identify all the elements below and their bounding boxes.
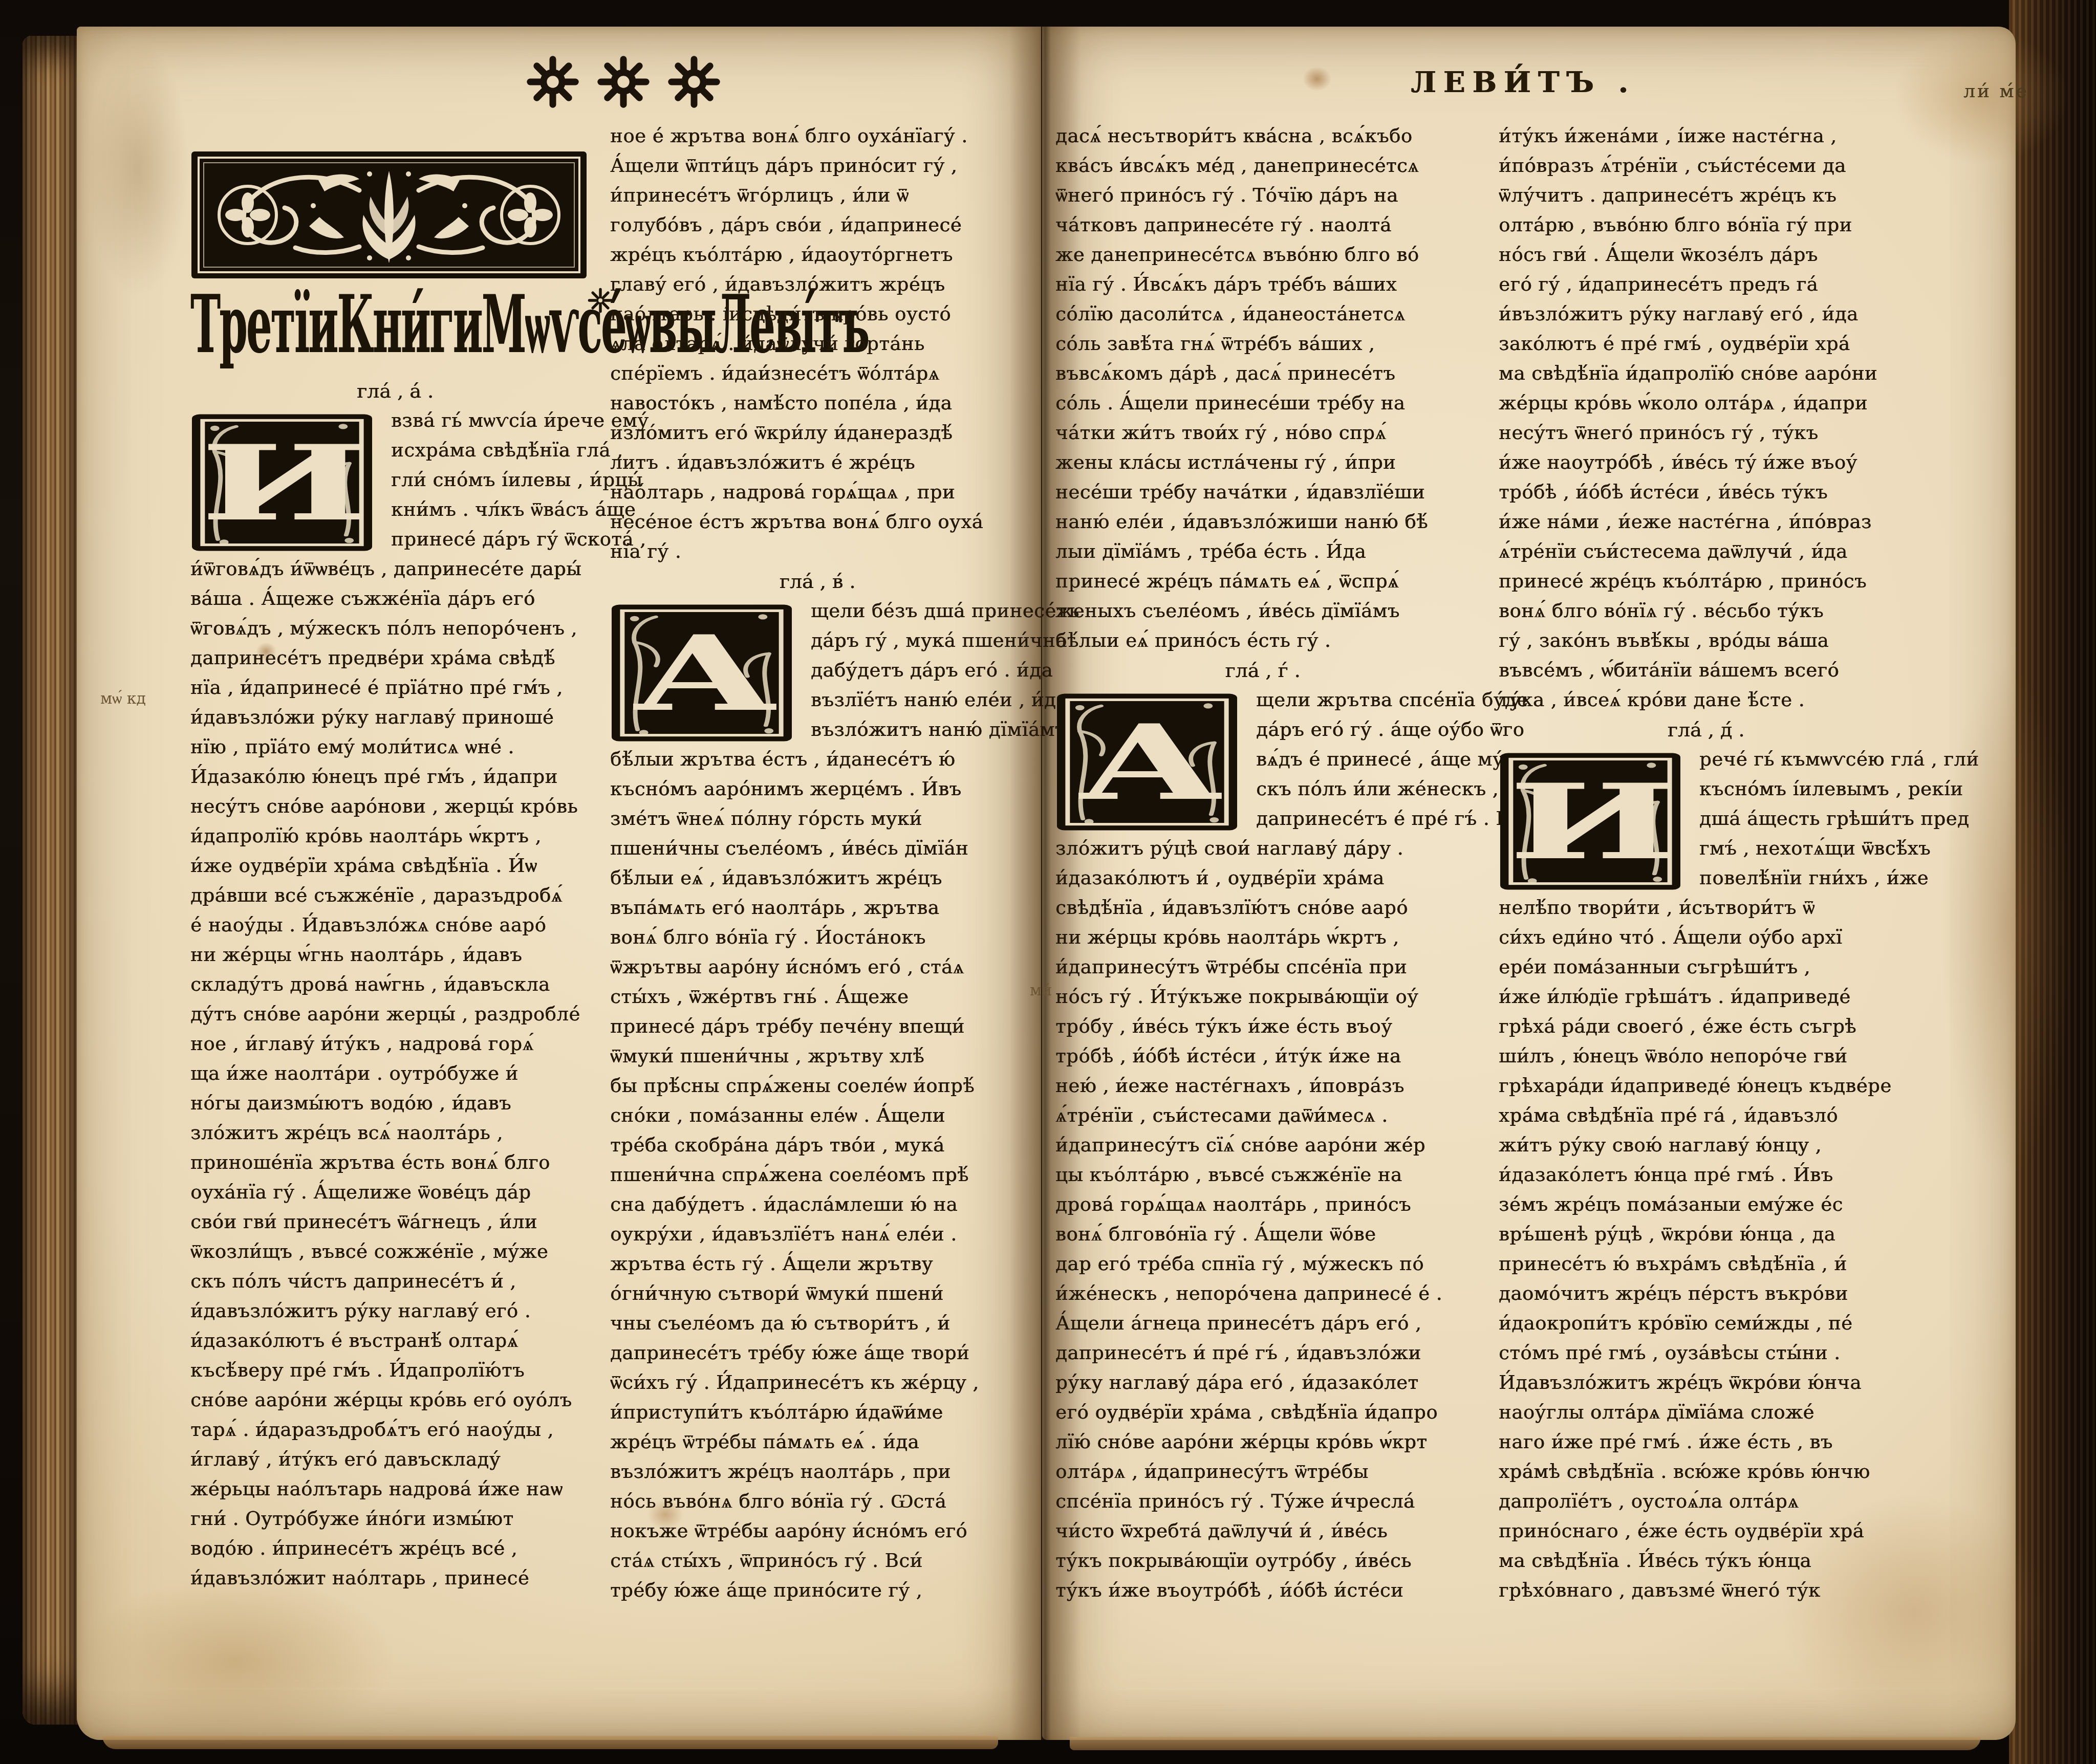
text-line: нокъже ѿтре́бы ааро́ну и́сно́мъ его́: [610, 1520, 967, 1542]
text-line: ѿнего́ прино́съ гу́ . То́чїю да́ръ на: [1055, 184, 1398, 207]
text-line: зако́лютъ е́ пре́ гмъ́ , оудве́рїи хра́: [1499, 333, 1850, 355]
text-line: и́дазако́лютъ и́ , оудве́рїи хра́ма: [1055, 867, 1385, 889]
text-line: прино́снаго , е́же е́сть оудве́рїи хра́: [1499, 1520, 1864, 1542]
text-line: сты́хъ , ѿже́ртвъ гнь́ . А́щеже: [610, 986, 909, 1008]
text-line: и́же́нескъ , непоро́чена дапринесе́ е́ .: [1055, 1282, 1442, 1304]
text-line: ста́ѧ сты́хъ , ѿприно́съ гу́ . Вси́: [610, 1550, 923, 1572]
text-line: но́гы даизмы́ютъ водо́ю , и́давъ: [190, 1092, 511, 1114]
text-line: жре́цъ ѿтре́бы па́мѧть еѧ́ . и́да: [610, 1431, 919, 1453]
text-line: въпа́мѧть его́ наолта́рь , жрътва: [610, 897, 939, 919]
text-line: ру́ку наглаву́ да́ра его́ , и́дазако́лет: [1055, 1371, 1418, 1393]
text-line: олта́рю , въво́ню блго во́нїа гу́ при: [1499, 214, 1852, 236]
text-line: нелѣ́по твори́ти , и́сътвори́тъ ѿ: [1499, 897, 1815, 919]
text-line: и́даокропи́тъ кро́вїю семи́жды , пе́: [1499, 1312, 1852, 1334]
text-line: зме́тъ ѿнеѧ́ по́лну го́рсть муки́: [610, 808, 922, 830]
text-line: тро́бѣ , и́о́бѣ и́сте́си , и́ту́к и́же н…: [1055, 1045, 1401, 1067]
text-line: скъ по́лъ чи́стъ дапринесе́тъ и́ ,: [190, 1270, 516, 1292]
text-line: бѣ́лыи жрътва е́стъ , и́данесе́тъ ю́: [610, 748, 955, 770]
text-line: зло́житъ ру́цѣ свои́ наглаву́ да́ру .: [1055, 837, 1403, 859]
text-line: нїа гу́ . И́всѧ́къ да́ръ тре́бъ ва́ших: [1055, 273, 1397, 296]
text-line: тре́ба скобра́на да́ръ тво́и , мука́: [610, 1134, 944, 1156]
text-line: гу́ , зако́нъ въвѣ́кы , вро́ды ва́ша: [1499, 629, 1829, 651]
text-line: сто́мъ пре́ гмъ́ , оуза́вѣсы сты́ни .: [1499, 1342, 1840, 1364]
text-line: сво́и гви́ принесе́тъ ѿа́гнецъ , и́ли: [190, 1211, 537, 1233]
text-line: лїю́ сно́ве ааро́ни же́рцы кро́вь ѡ́крт: [1055, 1431, 1427, 1453]
text-line: ере́и пома́занныи съгрѣши́тъ ,: [1499, 956, 1810, 978]
text-line: дапринесе́тъ е́ пре́ гъ́ . И́въ: [1055, 808, 1536, 830]
text-line: жрътва е́сть гу́ . А́щели жрътву: [610, 1253, 933, 1275]
text-line: даомо́читъ жре́цъ пе́рстъ въкро́ви: [1499, 1282, 1848, 1304]
text-line: жи́тъ ру́ку свою́ наглаву́ ю́нцу ,: [1499, 1134, 1822, 1156]
text-line: навосто́къ , намѣ́сто попе́ла , и́да: [610, 392, 952, 414]
margin-note-left: мѡ́ кд: [100, 690, 146, 708]
page-bottom-edge: [102, 1736, 998, 1749]
text-line: спсе́нїа прино́съ гу́ . Ту́же и́чресла́: [1055, 1490, 1415, 1512]
text-line: литъ . и́давъзло́житъ е́ жре́цъ: [610, 451, 915, 473]
text-line: лыи дїмїа́мъ , тре́ба е́сть . И́да: [1055, 540, 1366, 562]
text-line: принесе́ да́ръ тре́бу пече́ну впещи́: [610, 1015, 965, 1037]
text-line: ѿжрътвы ааро́ну и́сно́мъ его́ , ста́ѧ: [610, 956, 964, 978]
text-line: вонѧ́ блго во́нїѧ гу́ . ве́сьбо ту́къ: [1499, 600, 1824, 622]
text-line: же́рьцы нао́лътарь надрова́ и́же наѡ: [190, 1478, 563, 1500]
chapter-heading: гла́ , в́ .: [610, 570, 1025, 593]
text-line: голубо́въ , да́ръ сво́и , и́дапринесе́: [610, 214, 962, 236]
text-line: олта́рѧ , и́дапринесу́тъ ѿтре́бы: [1055, 1461, 1369, 1483]
text-line: зло́житъ жре́цъ всѧ́ наолта́рь ,: [190, 1122, 503, 1144]
fleuron-row: [526, 55, 721, 108]
text-line: да́ръ гу́ , мука́ пшени́чна: [610, 629, 1067, 651]
text-line: но́сь въво́нѧ блго во́нїа гу́ . Ѡста́: [610, 1490, 946, 1513]
text-line: късно́мъ ааро́нимъ жерце́мъ . И́въ: [610, 778, 961, 800]
text-line: щели жрътва спсе́нїа бу́де: [1055, 689, 1528, 711]
text-line: ду́тъ сно́ве ааро́ни жерцы́ , раздробле́: [190, 1003, 580, 1025]
text-line: свѣдѣ́нїа , и́давъзлїю́тъ сно́ве ааро́: [1055, 897, 1408, 919]
text-line: принесе́ жре́цъ къо́лта́рю , прино́съ: [1499, 570, 1867, 592]
text-line: бѣ́лыи еѧ́ , и́давъзло́житъ жре́цъ: [610, 867, 942, 889]
page-edges-stack: [23, 36, 80, 1725]
text-line: вонѧ́ блгово́нїа гу́ . А́щели ѿо́ве: [1055, 1223, 1376, 1246]
text-line: бы прѣ́сны спрѧ́жены соеле́ѡ и́опрѣ́: [610, 1075, 975, 1097]
text-line: възло́житъ жре́цъ наолта́рь , при: [610, 1461, 951, 1483]
text-line: наго и́же пре́ гмъ́ . и́же е́сть , въ: [1499, 1431, 1833, 1453]
text-line: да́ръ его́ гу́ . а́ще оу́бо ѿго: [1055, 718, 1524, 741]
page-bottom-edge: [1070, 1737, 1981, 1750]
text-line: гни́ . Оутро́буже и́но́ги измы́ют: [190, 1508, 513, 1530]
text-line: и́же на́ми , и́еже насте́гна , и́по́враз: [1499, 511, 1872, 533]
text-line: и́же оудве́рїи хра́ма свѣдѣ́нїа . И́ѡ: [190, 855, 537, 877]
text-line: и́давъзло́житъ ру́ку наглаву́ его́ .: [190, 1300, 531, 1322]
text-line: со́ль завѣ́та гнѧ́ ѿтре́бъ ва́ших ,: [1055, 333, 1375, 355]
text-line: же́рцы кро́вь ѡ́коло олта́рѧ , и́дапри: [1499, 392, 1868, 415]
text-line: кни́мъ . чл́къ ѿва́съ а́ще: [190, 498, 636, 521]
text-line: вѧ́дъ е́ принесе́ , а́ще му́же: [1055, 748, 1533, 771]
chapter-heading: гла́ , ѓ .: [1055, 659, 1470, 682]
text-line: его́ оудве́рїи хра́ма , свѣдѣ́нїа и́дапр…: [1055, 1401, 1438, 1423]
text-line: нїа , и́дапринесе́ е́ прїа́тно пре́ гм́ъ…: [190, 677, 563, 699]
text-line: ѿкозли́щъ , въвсе́ сожже́нїе , му́же: [190, 1240, 548, 1263]
text-line: повелѣ́нїи гни́хъ , и́же: [1499, 867, 1929, 889]
text-line: цы къо́лта́рю , въвсе́ съжже́нїе на: [1055, 1164, 1402, 1186]
text-line: хра́ма свѣдѣ́нїа пре́ га́ , и́давъзло́: [1499, 1104, 1838, 1126]
text-line: вонѧ́ блго во́нїа гу́ . И́оста́нокъ: [610, 926, 926, 949]
text-line: гли́ сно́мъ і́илевы , и́рцы́: [190, 469, 643, 491]
text-line: ши́лъ , ю́нецъ ѿво́ло непоро́че гви́: [1499, 1045, 1847, 1068]
text-line: наню́ еле́и , и́давъзло́жиши наню́ бѣ́: [1055, 511, 1428, 533]
headpiece-ornament: [190, 149, 588, 280]
text-line: сна дабу́детъ . и́дасла́млеши ю́ на: [610, 1193, 958, 1215]
text-line: дапролїе́тъ , оустоѧ́ла олта́рѧ: [1499, 1490, 1799, 1513]
text-line: нао́лтарь . і́исцѣди́тъ кро́вь оусто́: [610, 303, 951, 325]
fleuron-icon: [597, 55, 650, 108]
text-line: чны съеле́омъ да ю́ сътвори́тъ , и́: [610, 1312, 950, 1334]
quire-signature: ли́ м́е: [1963, 81, 2029, 102]
text-line: складу́тъ дрова́ наѡ́гнь , и́давъскла: [190, 973, 550, 996]
text-line: принесе́ да́ръ гу́ ѿскота́ ,: [190, 528, 646, 551]
text-column-3: дасѧ́ несътвори́тъ ква́сна , всѧ́къбоква…: [1055, 125, 1470, 1669]
text-line: ни же́рцы ѡ́гнь наолта́рь , и́давъ: [190, 944, 522, 966]
text-line: дар его́ тре́ба спнїа гу́ , му́жескъ по́: [1055, 1253, 1424, 1275]
text-line: щели бе́зъ дша́ принесе́тъ: [610, 600, 1079, 622]
text-line: грѣха́ ра́ди своего́ , е́же е́сть съгрѣ: [1499, 1015, 1856, 1037]
text-line: жре́цъ къо́лта́рю , и́даоуто́ргнетъ: [610, 244, 953, 266]
text-line: И́дазако́лю ю́нецъ пре́ гм́ъ , и́дапри: [190, 766, 558, 788]
text-line: А́щели ѿпти́цъ да́ръ прино́сит гу́ ,: [610, 155, 957, 177]
text-line: и́ту́къ и́жена́ми , і́иже насте́гна ,: [1499, 125, 1837, 147]
text-line: възлїе́тъ наню́ еле́и , и́да: [610, 689, 1068, 711]
text-line: нао́лтарь , надрова́ горѧ́щаѧ , при: [610, 481, 955, 504]
text-line: и́дапролїю́ кро́вь наолта́рь ѡ́кртъ ,: [190, 825, 542, 847]
text-line: тро́бѣ , и́о́бѣ и́сте́си , и́ве́сь ту́къ: [1499, 481, 1828, 503]
text-line: женыхъ съеле́омъ , и́ве́сь дїмїа́мъ: [1055, 600, 1400, 622]
text-line: дасѧ́ несътвори́тъ ква́сна , всѧ́къбо: [1055, 125, 1413, 147]
chapter-heading: гла́ , д́ .: [1499, 718, 1913, 741]
text-line: пшени́чна спрѧ́жена соеле́омъ прѣ́: [610, 1164, 969, 1186]
text-line: и́давъзло́жи ру́ку наглаву́ приноше́: [190, 706, 554, 728]
book-photograph: { "page_meta": { "running_title": "ЛЕВИ́…: [0, 0, 2096, 1764]
text-line: И́давъзло́житъ жре́цъ ѿкро́ви ю́нча: [1499, 1371, 1862, 1394]
text-line: и́ѿговѧ́дъ и́ѿѡве́цъ , дапринесе́те дары…: [190, 558, 581, 580]
text-line: и́дапринесу́тъ сїѧ́ сно́ве ааро́ни же́р: [1055, 1134, 1425, 1157]
book-title-vyaz: ТретїиКни́гиМѡѵсе́ѡвыЛеві́тъ: [190, 285, 610, 356]
text-line: и́же наоутро́бѣ , и́ве́сь ту́ и́же въоу́: [1499, 451, 1857, 473]
text-line: А́щели а́гнеца принесе́тъ да́ръ его́ ,: [1055, 1312, 1421, 1334]
text-line: спе́рїемъ . и́даи́знесе́тъ ѿо́лта́рѧ: [610, 362, 940, 385]
text-line: дра́вши все́ съжже́нїе , даразъдробѧ́: [190, 884, 563, 907]
text-line: нїю , прїа́то ему́ моли́тисѧ ѡне́ .: [190, 736, 514, 758]
text-line: и́възло́житъ ру́ку наглаву́ его́ , и́да: [1499, 303, 1858, 325]
text-column-4: и́ту́къ и́жена́ми , і́иже насте́гна ,и́п…: [1499, 125, 1913, 1669]
text-line: ту́къ и́же въоутро́бѣ , и́о́бѣ и́сте́си: [1055, 1579, 1403, 1601]
text-line: ѿмуки́ пшени́чны , жрътву хлѣ́: [610, 1045, 924, 1068]
text-line: ту́къ покрыва́ющїи оутро́бу , и́ве́сь: [1055, 1550, 1412, 1572]
text-line: ѿговѧ́дъ , му́жескъ по́лъ непоро́ченъ ,: [190, 617, 577, 640]
text-line: и́же и́лю́дїе грѣша́тъ . и́даприведе́: [1499, 986, 1851, 1008]
text-line: ча́тки жи́тъ твои́х гу́ , но́во спрѧ́: [1055, 422, 1387, 444]
text-line: е́ наоу́ды . И́давъзло́жѧ сно́ве ааро́: [190, 914, 546, 937]
text-line: грѣхо́внаго , давъзме́ ѿнего́ ту́к: [1499, 1579, 1821, 1602]
text-line: дабу́детъ да́ръ его́ . и́да: [610, 659, 1053, 681]
book-cover-edge: [2009, 0, 2096, 1764]
text-line: ма свѣдѣ́нїа и́дапролїю́ сно́ве ааро́ни: [1499, 362, 1877, 384]
text-line: главу́ его́ , и́давъзло́житъ жре́цъ: [610, 273, 945, 295]
text-line: хра́мѣ свѣдѣ́нїа . всю́же кро́вь ю́нчю: [1499, 1461, 1870, 1483]
text-line: и́дапринесу́тъ ѿтре́бы спсе́нїа при: [1055, 956, 1407, 978]
running-title: ЛЕВИ́ТЪ .: [1411, 66, 1635, 99]
fleuron-icon: [667, 55, 721, 108]
text-line: со́лїю дасоли́тсѧ , и́данеоста́нетсѧ: [1055, 303, 1406, 325]
text-line: и́давъзло́жит нао́лтарь , принесе́: [190, 1567, 529, 1589]
text-line: принесе́тъ ю́ въхра́мъ свѣдѣ́нїа , и́: [1499, 1253, 1847, 1275]
text-line: дрова́ горѧ́щаѧ наолта́рь , прино́съ: [1055, 1193, 1411, 1216]
text-line: и́приступи́тъ къо́лта́рю и́даѿи́ме: [610, 1401, 943, 1424]
text-line: ѿси́хъ гу́ . И́дапринесе́тъ къ же́рцу ,: [610, 1371, 979, 1394]
text-line: рече́ гь́ къмѡѵсе́ю гла́ , гли́: [1499, 748, 1979, 771]
text-line: дапринесе́тъ и́ пре́ гъ́ , и́давъзло́жи: [1055, 1342, 1421, 1364]
text-line: приноше́нїа жрътва е́сть вонѧ́ блго: [190, 1151, 550, 1174]
text-line: тарѧ́ . и́даразъдробѧ́тъ его́ наоу́ды ,: [190, 1419, 554, 1441]
text-line: грѣхара́ди и́даприведе́ ю́нецъ къдве́ре: [1499, 1075, 1892, 1097]
text-line: ѧ́тре́нїи съи́стесема даѿлучи́ , и́да: [1499, 540, 1847, 563]
text-line: принесе́ жре́цъ па́мѧть еѧ́ , ѿспрѧ́: [1055, 570, 1399, 593]
text-line: ное , и́главу́ и́ту́къ , надрова́ горѧ́: [190, 1033, 534, 1055]
text-line: же данепринесе́тсѧ въво́ню блго во́: [1055, 244, 1419, 266]
margin-note-right: ми́: [1030, 982, 1052, 999]
text-line: нею́ , и́еже насте́гнахъ , и́повра́зъ: [1055, 1075, 1404, 1097]
text-line: исхра́ма свѣдѣ́нїа гла́ ,: [190, 439, 623, 461]
text-line: ма свѣдѣ́нїа . И́ве́сь ту́къ ю́нца: [1499, 1550, 1811, 1572]
text-line: ква́съ и́всѧ́къ ме́д , данепринесе́тсѧ: [1055, 155, 1419, 177]
text-line: нїа гу́ .: [610, 540, 681, 562]
text-line: со́ль . А́щели принесе́ши тре́бу на: [1055, 392, 1405, 414]
text-line: ное е́ жрътва вонѧ́ блго оуха́нїагу́ .: [610, 125, 967, 147]
text-line: изло́митъ его́ ѿкри́лу и́данераздѣ́: [610, 422, 953, 444]
text-line: бѣ́лыи еѧ́ прино́съ е́сть гу́ .: [1055, 629, 1331, 652]
text-line: несу́тъ ѿнего́ прино́съ гу́ , ту́къ: [1499, 422, 1819, 444]
text-line: тро́бу , и́ве́сь ту́къ и́же е́сть въоу́: [1055, 1015, 1392, 1037]
text-line: сно́ки , пома́занны еле́ѡ . А́щели: [610, 1104, 945, 1127]
text-line: късно́мъ і́илевымъ , рекі́и: [1499, 778, 1963, 800]
text-line: тре́бу ю́же а́ще прино́сите гу́ ,: [610, 1579, 922, 1601]
text-line: ва́ша . А́щеже съжже́нїа да́ръ его́: [190, 587, 535, 609]
text-line: наоу́глы олта́рѧ дїмїа́ма сложе́: [1499, 1401, 1814, 1424]
text-line: жены кла́сы истла́чены гу́ , и́при: [1055, 451, 1396, 473]
text-line: оукру́хи , и́давъзлїе́тъ нанѧ́ еле́и .: [610, 1223, 957, 1246]
text-line: гмъ́ , нехотѧ́щи ѿвсѣ́хъ: [1499, 837, 1931, 860]
text-line: но́съ гу́ . И́ту́къже покрыва́ющїи оу́: [1055, 986, 1418, 1008]
text-line: оуха́нїа гу́ . А́щелиже ѿове́цъ да́р: [190, 1181, 531, 1204]
text-line: несе́ное е́стъ жрътва вонѧ́ блго оуха́: [610, 511, 983, 533]
text-line: его́ гу́ , и́дапринесе́тъ предъ га́: [1499, 273, 1818, 295]
text-line: водо́ю . и́принесе́тъ жре́цъ все́ ,: [190, 1537, 517, 1559]
text-line: дша́ а́щесть грѣши́тъ пред: [1499, 808, 1969, 830]
text-line: чи́сто ѿхребта́ даѿлучи́ и́ , и́ве́сь: [1055, 1520, 1388, 1542]
text-line: взва́ гь́ мѡѵсі́а и́рече ему́: [190, 409, 649, 432]
text-line: о́гни́чную сътвори́ ѿмуки́ пшени́: [610, 1282, 944, 1305]
text-line: ча́тковъ дапринесе́те гу́ . наолта́: [1055, 214, 1392, 236]
text-line: си́хъ еди́но что́ . А́щели оу́бо архї: [1499, 926, 1842, 948]
text-line: сно́ве ааро́ни же́рцы кро́вь его́ оуо́лъ: [190, 1389, 572, 1411]
text-line: и́дазако́лютъ е́ въстранѣ́ олтарѧ́: [190, 1330, 518, 1352]
text-line: несе́ши тре́бу нача́тки , и́давзлїе́ши: [1055, 481, 1425, 503]
text-line: и́главу́ , и́ту́къ его́ давъскладу́: [190, 1448, 501, 1470]
text-line: но́съ гви́ . А́щели ѿкозе́лъ да́ръ: [1499, 244, 1818, 266]
text-column-2: ное е́ жрътва вонѧ́ блго оуха́нїагу́ .А́…: [610, 125, 1025, 1669]
text-line: дапринесе́тъ тре́бу ю́же а́ще твори́: [610, 1342, 969, 1364]
text-line: късѣ́веру пре́ гм́ъ . И́дапролїю́тъ: [190, 1359, 525, 1381]
text-line: връ́шенѣ ру́цѣ , ѿкро́ви ю́нца , да: [1499, 1223, 1835, 1246]
text-line: въвсе́мъ , ѡ́бита́нїи ва́шемъ всего́: [1499, 659, 1839, 682]
fleuron-icon: [526, 55, 579, 108]
text-line: въвсѧ́комъ да́рѣ , дасѧ́ принесе́тъ: [1055, 362, 1395, 385]
text-line: и́дазако́летъ ю́нца пре́ гмъ́ . И́въ: [1499, 1164, 1833, 1186]
chapter-heading: гла́ , а́ .: [190, 380, 600, 402]
text-line: и́по́вразъ ѧ́тре́нїи , съи́сте́семи да: [1499, 155, 1846, 177]
text-line: ни же́рцы кро́вь наолта́рь ѡ́кртъ ,: [1055, 926, 1399, 949]
text-line: и́принесе́тъ ѿго́рлицъ , и́ли ѿ: [610, 184, 909, 207]
text-line: възло́житъ наню́ дїмїа́мъ: [610, 718, 1067, 741]
text-line: ѧла олтарѧ́ . и́даѿлучи́ горта́нь: [610, 333, 925, 355]
text-line: ѿлу́читъ . дапринесе́тъ жре́цъ къ: [1499, 184, 1836, 207]
text-line: пшени́чны съеле́омъ , и́ве́сь дїмїа́н: [610, 837, 968, 859]
text-column-1: гла́ , а́ .Ивзва́ гь́ мѡѵсі́а и́рече ему…: [190, 380, 600, 1657]
text-line: ту́ка , и́всеѧ́ кро́ви дане ѣ́сте .: [1499, 689, 1805, 711]
text-line: дапринесе́тъ предве́ри хра́ма свѣдѣ́: [190, 647, 555, 669]
text-line: ща и́же наолта́ри . оутро́буже и́: [190, 1062, 518, 1084]
text-line: несу́тъ сно́ве ааро́нови , жерцы́ кро́вь: [190, 795, 578, 817]
text-line: скъ по́лъ и́ли же́нескъ , чи́стъ: [1055, 778, 1565, 800]
text-line: ѧ́тре́нїи , съи́стесами даѿи́месѧ .: [1055, 1104, 1388, 1127]
text-line: зе́мъ жре́цъ пома́заныи ему́же е́с: [1499, 1193, 1843, 1215]
